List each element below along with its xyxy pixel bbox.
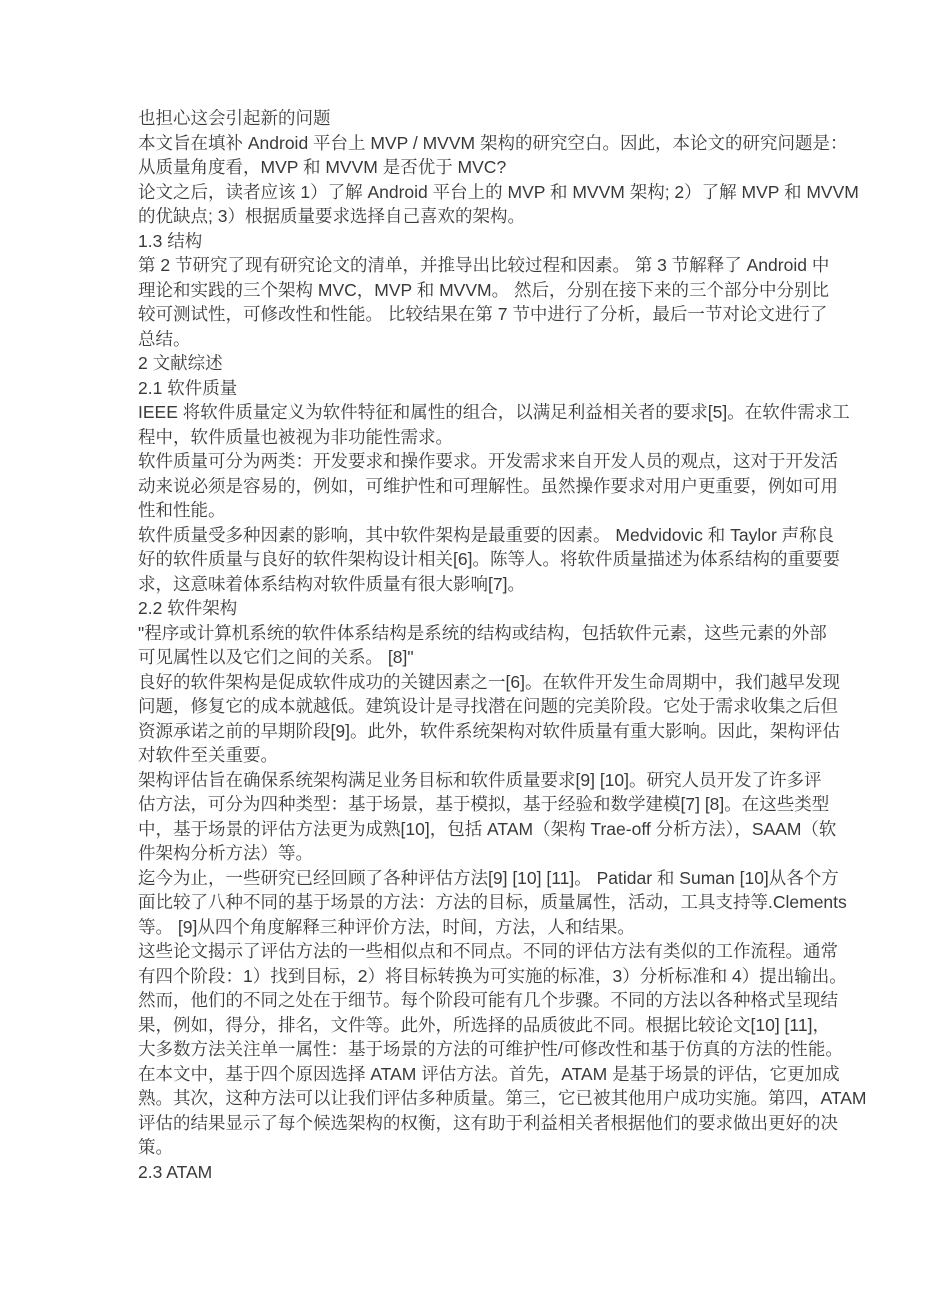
text-line: 问题，修复它的成本就越低。建筑设计是寻找潜在问题的完美阶段。它处于需求收集之后但	[138, 694, 822, 719]
text-line: 软件质量可分为两类：开发要求和操作要求。开发需求来自开发人员的观点，这对于开发活	[138, 449, 822, 474]
text-line: 对软件至关重要。	[138, 743, 822, 768]
text-line: 面比较了八种不同的基于场景的方法：方法的目标，质量属性，活动，工具支持等.Cle…	[138, 890, 822, 915]
text-line: 果，例如，得分，排名，文件等。此外，所选择的品质彼此不同。根据比较论文[10] …	[138, 1013, 822, 1038]
text-line: 策。	[138, 1135, 822, 1160]
text-line: 1.3 结构	[138, 229, 822, 254]
text-line: 性和性能。	[138, 498, 822, 523]
text-line: 求，这意味着体系结构对软件质量有很大影响[7]。	[138, 572, 822, 597]
text-line: 等。 [9]从四个角度解释三种评价方法，时间，方法，人和结果。	[138, 915, 822, 940]
text-line: 有四个阶段：1）找到目标，2）将目标转换为可实施的标准，3）分析标准和 4）提出…	[138, 964, 822, 989]
text-line: 软件质量受多种因素的影响，其中软件架构是最重要的因素。 Medvidovic 和…	[138, 523, 822, 548]
text-line: 2.2 软件架构	[138, 596, 822, 621]
text-line: 从质量角度看，MVP 和 MVVM 是否优于 MVC?	[138, 155, 822, 180]
text-line: 好的软件质量与良好的软件架构设计相关[6]。陈等人。将软件质量描述为体系结构的重…	[138, 547, 822, 572]
text-line: 2.1 软件质量	[138, 376, 822, 401]
text-line: 估方法，可分为四种类型：基于场景，基于模拟，基于经验和数学建模[7] [8]。在…	[138, 792, 822, 817]
text-line: 良好的软件架构是促成软件成功的关键因素之一[6]。在软件开发生命周期中，我们越早…	[138, 670, 822, 695]
text-line: 程中，软件质量也被视为非功能性需求。	[138, 425, 822, 450]
text-line: 在本文中，基于四个原因选择 ATAM 评估方法。首先，ATAM 是基于场景的评估…	[138, 1062, 822, 1087]
text-line: 动来说必须是容易的，例如，可维护性和可理解性。虽然操作要求对用户更重要，例如可用	[138, 474, 822, 499]
text-line: 论文之后，读者应该 1）了解 Android 平台上的 MVP 和 MVVM 架…	[138, 180, 822, 205]
document-page: 也担心这会引起新的问题 本文旨在填补 Android 平台上 MVP / MVV…	[0, 0, 926, 1309]
text-line: 2.3 ATAM	[138, 1160, 822, 1185]
text-line: 架构评估旨在确保系统架构满足业务目标和软件质量要求[9] [10]。研究人员开发…	[138, 768, 822, 793]
text-line: 本文旨在填补 Android 平台上 MVP / MVVM 架构的研究空白。因此…	[138, 131, 822, 156]
text-line: 的优缺点; 3）根据质量要求选择自己喜欢的架构。	[138, 204, 822, 229]
text-line: 理论和实践的三个架构 MVC，MVP 和 MVVM。 然后，分别在接下来的三个部…	[138, 278, 822, 303]
text-line: 件架构分析方法）等。	[138, 841, 822, 866]
text-line: 总结。	[138, 327, 822, 352]
text-line: 可见属性以及它们之间的关系。 [8]"	[138, 645, 822, 670]
text-line: 评估的结果显示了每个候选架构的权衡，这有助于利益相关者根据他们的要求做出更好的决	[138, 1111, 822, 1136]
text-line: 这些论文揭示了评估方法的一些相似点和不同点。不同的评估方法有类似的工作流程。通常	[138, 939, 822, 964]
text-line: 然而，他们的不同之处在于细节。每个阶段可能有几个步骤。不同的方法以各种格式呈现结	[138, 988, 822, 1013]
text-line: 也担心这会引起新的问题	[138, 106, 822, 131]
text-line: 2 文献综述	[138, 351, 822, 376]
text-line: IEEE 将软件质量定义为软件特征和属性的组合，以满足利益相关者的要求[5]。在…	[138, 400, 822, 425]
text-line: 资源承诺之前的早期阶段[9]。此外，软件系统架构对软件质量有重大影响。因此，架构…	[138, 719, 822, 744]
text-line: 大多数方法关注单一属性：基于场景的方法的可维护性/可修改性和基于仿真的方法的性能…	[138, 1037, 822, 1062]
document-text: 也担心这会引起新的问题 本文旨在填补 Android 平台上 MVP / MVV…	[138, 106, 822, 1184]
text-line: 熟。其次，这种方法可以让我们评估多种质量。第三，它已被其他用户成功实施。第四，A…	[138, 1086, 822, 1111]
text-line: 中，基于场景的评估方法更为成熟[10]，包括 ATAM（架构 Trae-off …	[138, 817, 822, 842]
text-line: 迄今为止，一些研究已经回顾了各种评估方法[9] [10] [11]。 Patid…	[138, 866, 822, 891]
text-line: 较可测试性，可修改性和性能。 比较结果在第 7 节中进行了分析，最后一节对论文进…	[138, 302, 822, 327]
text-line: "程序或计算机系统的软件体系结构是系统的结构或结构，包括软件元素，这些元素的外部	[138, 621, 822, 646]
text-line: 第 2 节研究了现有研究论文的清单，并推导出比较过程和因素。 第 3 节解释了 …	[138, 253, 822, 278]
